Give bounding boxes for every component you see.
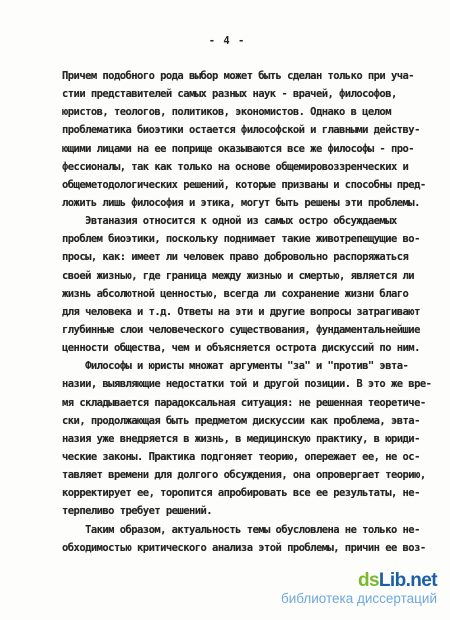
text-line: проблем биоэтики, поскольку поднимает та… [62,230,438,248]
text-line: просы, как: имеет ли человек право добро… [62,248,438,266]
dslib-logo-suffix: Lib.net [379,570,437,591]
text-line: назии, выявляющие недостатки той и друго… [62,375,438,393]
text-line: фессионалы, так как только на основе общ… [62,158,438,176]
dslib-logo: dsLib.net [281,571,437,592]
text-line: мя складывается парадоксальная ситуация:… [62,394,438,412]
page-number: - 4 - [62,35,392,47]
text-line: ющими лицами на ее поприще оказываются в… [62,140,438,158]
text-line: стии представителей самых разных наук - … [62,85,438,103]
text-line: ски, продолжающая быть предметом дискусс… [62,412,438,430]
text-line: для человека и т.д. Ответы на эти и друг… [62,303,438,321]
text-line: ческие законы. Практика подгоняет теорию… [62,448,438,466]
text-line: Философы и юристы множат аргументы "за" … [62,357,438,375]
text-line: жизнь абсолютной ценностью, всегда ли со… [62,285,438,303]
text-line: своей жизнью, где граница между жизнью и… [62,267,438,285]
text-line: ложить лишь философия и этика, могут быт… [62,194,438,212]
text-line: общеметодологических решений, которые пр… [62,176,438,194]
typewritten-text-block: Причем подобного рода выбор может быть с… [62,67,438,557]
dslib-logo-prefix: ds [358,570,379,591]
scanned-document-page: - 4 - Причем подобного рода выбор может … [0,0,450,620]
text-line: ценности общества, чем и объясняется ост… [62,339,438,357]
text-line: корректирует ее, торопится апробировать … [62,484,438,502]
dslib-subtitle: библиотека диссертаций [281,592,437,607]
text-line: юристов, теологов, политиков, экономисто… [62,103,438,121]
text-line: обходимостью критического анализа этой п… [62,539,438,557]
text-line: Эвтаназия относится к одной из самых ост… [62,212,438,230]
library-watermark: dsLib.net библиотека диссертаций [281,571,437,606]
text-line: проблематика биоэтики остается философск… [62,121,438,139]
text-line: тавляет времени для долгого обсуждения, … [62,466,438,484]
text-line: глубинные слои человеческого существован… [62,321,438,339]
text-line: Таким образом, актуальность темы обуслов… [62,521,438,539]
text-line: назия уже внедряется в жизнь, в медицинс… [62,430,438,448]
text-line: терпеливо требует решений. [62,502,438,520]
text-line: Причем подобного рода выбор может быть с… [62,67,438,85]
